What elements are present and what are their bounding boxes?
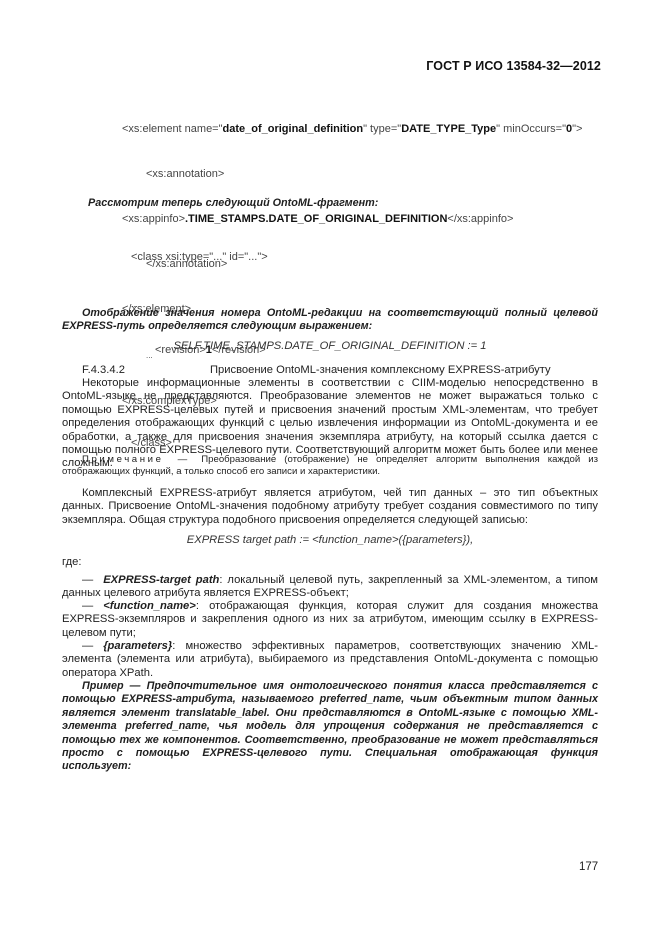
definition-term: {parameters}	[103, 640, 172, 652]
definition-term: EXPRESS-target path	[103, 574, 219, 586]
page-number: 177	[579, 861, 598, 873]
document-page: ГОСТ Р ИСО 13584-32—2012 <xs:element nam…	[0, 0, 661, 936]
example-text: Предпочтительное имя онтологического пон…	[62, 680, 598, 772]
section-heading: F.4.3.4.2Присвоение OntoML-значения комп…	[62, 364, 598, 377]
note-dash: —	[172, 454, 194, 465]
definition-term: <function_name>	[103, 600, 196, 612]
example-paragraph: Пример — Предпочтительное имя онтологиче…	[62, 680, 598, 774]
definition-item: —<function_name>: отображающая функция, …	[62, 600, 598, 640]
example-label: Пример —	[82, 680, 147, 692]
mapping-statement: Отображение значения номера OntoML-редак…	[62, 307, 598, 334]
list-dash: —	[82, 640, 103, 652]
paragraph-2: Комплексный EXPRESS-атрибут является атр…	[62, 487, 598, 527]
intro-fragment-text: Рассмотрим теперь следующий OntoML-фрагм…	[88, 197, 588, 210]
section-number: F.4.3.4.2	[62, 364, 210, 377]
code-line: <class xsi:type="..." id="...">	[131, 250, 268, 266]
list-dash: —	[82, 600, 103, 612]
code-line: <xs:element name="date_of_original_defin…	[122, 122, 582, 137]
definition-item: —{parameters}: множество эффективных пар…	[62, 640, 598, 680]
note-label: Примечание	[82, 454, 164, 465]
note-paragraph: Примечание — Преобразование (отображение…	[62, 454, 598, 478]
definition-item: —EXPRESS-target path: локальный целевой …	[62, 574, 598, 601]
where-label: где:	[62, 556, 598, 569]
list-dash: —	[82, 574, 103, 586]
expression-1: SELF.TIME_STAMPS.DATE_OF_ORIGINAL_DEFINI…	[62, 340, 598, 353]
section-title: Присвоение OntoML-значения комплексному …	[210, 364, 551, 376]
standard-header: ГОСТ Р ИСО 13584-32—2012	[426, 59, 601, 73]
code-line: <xs:annotation>	[122, 167, 582, 182]
expression-2: EXPRESS target path := <function_name>({…	[62, 534, 598, 547]
